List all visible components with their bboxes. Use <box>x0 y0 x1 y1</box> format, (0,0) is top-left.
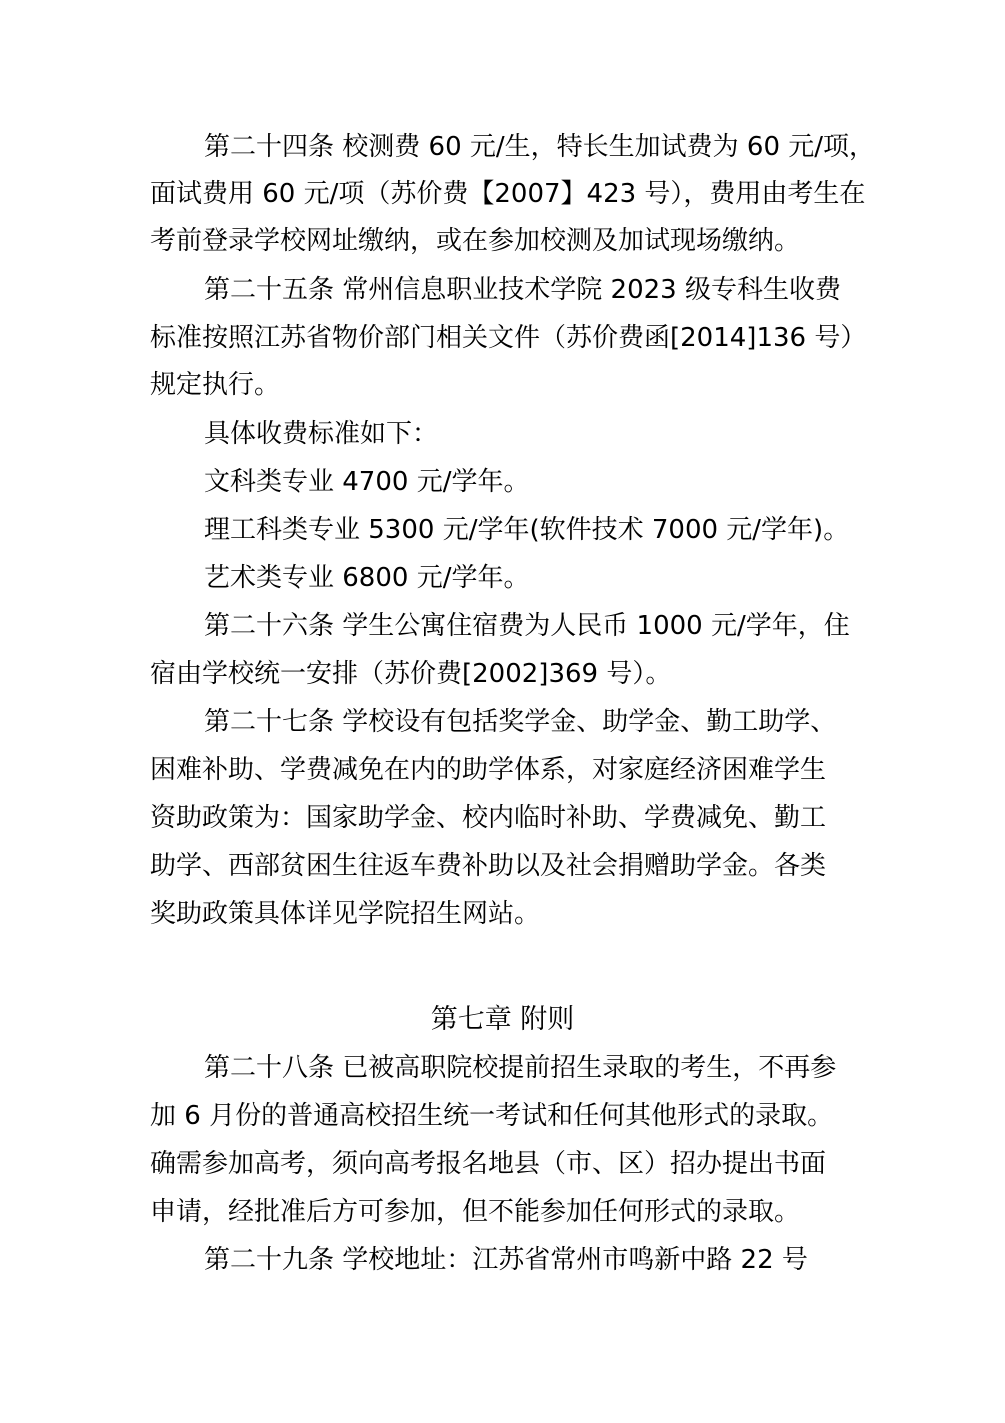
article-25-line-2: 标准按照江苏省物价部门相关文件（苏价费函[2014]136 号） <box>150 314 862 362</box>
article-26-line-1: 第二十六条 学生公寓住宿费为人民币 1000 元/学年，住 <box>204 602 864 650</box>
article-27-line-4: 助学、西部贫困生往返车费补助以及社会捐赠助学金。各类 <box>150 842 862 890</box>
article-28-line-1: 第二十八条 已被高职院校提前招生录取的考生，不再参 <box>204 1044 864 1092</box>
article-27-line-1: 第二十七条 学校设有包括奖学金、助学金、勤工助学、 <box>204 698 864 746</box>
article-27-line-5: 奖助政策具体详见学院招生网站。 <box>150 890 862 938</box>
document-page: 第二十四条 校测费 60 元/生，特长生加试费为 60 元/项， 面试费用 60… <box>0 0 1005 1423</box>
article-24-line-1: 第二十四条 校测费 60 元/生，特长生加试费为 60 元/项， <box>204 123 864 171</box>
fee-intro: 具体收费标准如下： <box>204 410 864 458</box>
fee-item-science-engineering: 理工科类专业 5300 元/学年(软件技术 7000 元/学年)。 <box>204 506 864 554</box>
article-26-line-2: 宿由学校统一安排（苏价费[2002]369 号）。 <box>150 650 862 698</box>
article-28-line-3: 确需参加高考，须向高考报名地县（市、区）招办提出书面 <box>150 1140 862 1188</box>
fee-item-liberal-arts: 文科类专业 4700 元/学年。 <box>204 458 864 506</box>
article-24-line-2: 面试费用 60 元/项（苏价费【2007】423 号），费用由考生在 <box>150 170 862 218</box>
article-28-line-4: 申请，经批准后方可参加，但不能参加任何形式的录取。 <box>150 1188 862 1236</box>
article-27-line-3: 资助政策为：国家助学金、校内临时补助、学费减免、勤工 <box>150 794 862 842</box>
article-25-line-1: 第二十五条 常州信息职业技术学院 2023 级专科生收费 <box>204 266 864 314</box>
article-28-line-2: 加 6 月份的普通高校招生统一考试和任何其他形式的录取。 <box>150 1092 862 1140</box>
article-29-line-1: 第二十九条 学校地址：江苏省常州市鸣新中路 22 号 <box>204 1236 864 1284</box>
article-24-line-3: 考前登录学校网址缴纳，或在参加校测及加试现场缴纳。 <box>150 217 862 265</box>
article-25-line-3: 规定执行。 <box>150 361 862 409</box>
article-27-line-2: 困难补助、学费减免在内的助学体系，对家庭经济困难学生 <box>150 746 862 794</box>
fee-item-arts: 艺术类专业 6800 元/学年。 <box>204 554 864 602</box>
chapter-heading: 第七章 附则 <box>0 996 1005 1044</box>
